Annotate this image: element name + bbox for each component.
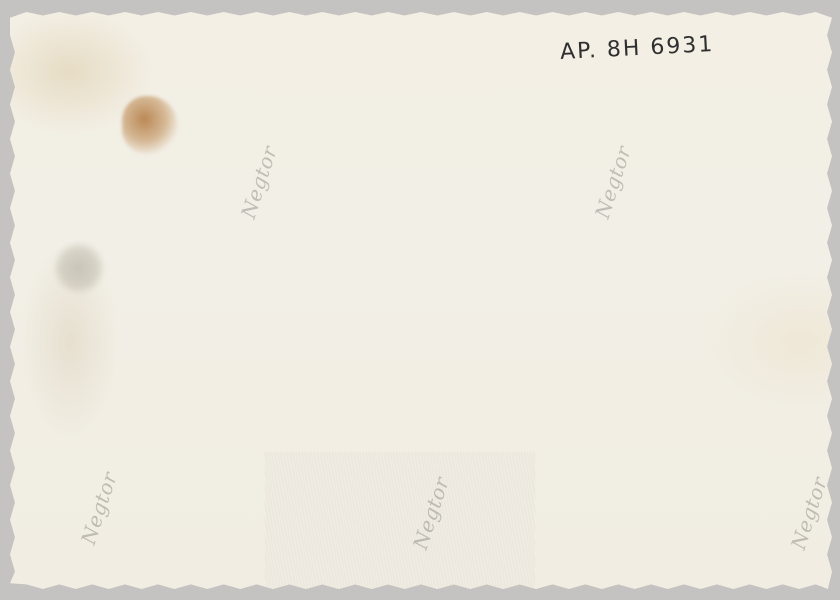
adhesive-residue xyxy=(265,452,535,600)
brown-stain xyxy=(122,96,178,154)
grey-stain xyxy=(54,242,104,294)
